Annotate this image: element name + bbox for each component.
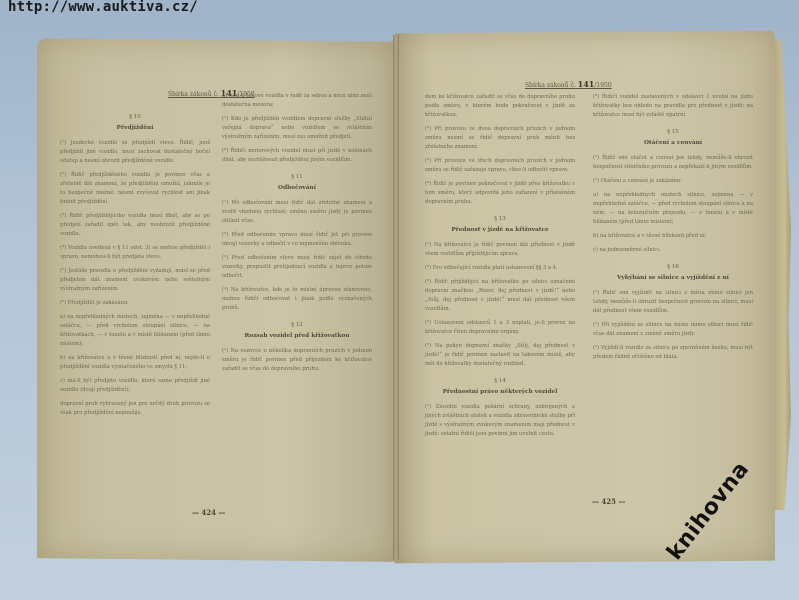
paragraph: (⁵) Jestliže pravidla o předjíždění vyža… — [60, 267, 210, 294]
paragraph: (¹) Řidič smí otáčet a couvat jen tehdy,… — [593, 154, 753, 172]
paragraph: (⁸) Řidiči motorových vozidel musí při j… — [222, 147, 372, 165]
paragraph: (¹) Řidič smí vyjíždět na silnici z míst… — [593, 289, 753, 316]
paragraph: a) na nepřehledných místech, zejména — v… — [60, 313, 210, 349]
section-number: § 12 — [222, 321, 372, 330]
paragraph: (¹) Při odbočování musí řidič dát zřetel… — [222, 199, 372, 226]
paragraph: (²) Řidič předjížděného vozidla je povin… — [60, 171, 210, 207]
paragraph: (¹) Závodní vozidla požární ochrany, ozb… — [425, 403, 575, 439]
section-title: Vyhýbání se silnice a vyjíždění z ní — [593, 274, 753, 283]
paragraph: (³) Při provozu ve třech dopravních pruz… — [425, 157, 575, 175]
paragraph: b) na křižovatce a v těsné blízkosti pře… — [60, 354, 210, 372]
right-page-number: — 425 — — [592, 497, 626, 506]
paragraph-list: (¹) Jezdecké vozidlo se předjíždí vlevo.… — [60, 139, 210, 418]
watermark-url: http://www.auktiva.cz/ — [8, 0, 198, 15]
left-page-column-2: a) jsou-li takové vozidla v řadě za sebo… — [222, 92, 372, 379]
paragraph: (⁴) Řidič je povinen pokračovat v jízdě … — [425, 180, 575, 207]
paragraph: (⁴) Ustanovení odstavců 1 a 3 neplatí, j… — [425, 319, 575, 337]
paragraph-list: (¹) Na křižovatce je řidič povinen dát p… — [425, 241, 575, 369]
left-page-number: — 424 — — [192, 508, 226, 517]
paragraph: (²) Při vyjíždění ze silnice na místo mi… — [593, 321, 753, 339]
header-year: /1950 — [594, 82, 611, 89]
paragraph: (⁴) Vozidla uvedená v § 11 odst. 3) se m… — [60, 244, 210, 262]
paragraph: (¹) Jezdecké vozidlo se předjíždí vlevo.… — [60, 139, 210, 166]
paragraph-list: a) jsou-li takové vozidla v řadě za sebo… — [222, 92, 372, 165]
paragraph-list: (¹) Závodní vozidla požární ochrany, ozb… — [425, 403, 575, 439]
paragraph-list: (¹) Řidič smí otáčet a couvat jen tehdy,… — [593, 154, 753, 255]
section-number: § 13 — [425, 215, 575, 224]
header-prefix: Sbírka zákonů č. — [168, 91, 219, 98]
page-edge-stack — [775, 40, 791, 510]
paragraph: c) má-li být předjeto vozidlo, které sam… — [60, 377, 210, 395]
paragraph-list: (⁵) Řidiči vozidel zastavených v odstavc… — [593, 93, 753, 120]
section-title: Odbočování — [222, 184, 372, 193]
right-page-column-2: (⁵) Řidiči vozidel zastavených v odstavc… — [593, 93, 753, 367]
section-number: § 10 — [60, 113, 210, 122]
paragraph: a) jsou-li takové vozidla v řadě za sebo… — [222, 92, 372, 110]
section-title: Přednostní právo některých vozidel — [425, 388, 575, 397]
section-title: Otáčení a couvání — [593, 139, 753, 148]
paragraph: (²) Při provozu ve dvou dopravních pruzí… — [425, 125, 575, 152]
paragraph: (¹) Na vozovce o několika dopravních pru… — [222, 347, 372, 374]
left-page-column-1: § 10 Předjíždění (¹) Jezdecké vozidlo se… — [60, 105, 210, 423]
paragraph: (⁵) Řidiči vozidel zastavených v odstavc… — [593, 93, 753, 120]
header-number: 141 — [578, 79, 595, 89]
section-title: Rozsah vozidel před křižovatkou — [222, 332, 372, 341]
paragraph: (⁶) Předjíždět je zakázáno: — [60, 299, 210, 308]
paragraph: (²) Otáčení a couvání je zakázáno: — [593, 177, 753, 186]
section-title: Přednost v jízdě na křižovatce — [425, 226, 575, 235]
right-page-column-1: dem ke křižovatce zařadit se včas do dop… — [425, 93, 575, 444]
paragraph-list: (¹) Řidič smí vyjíždět na silnici z míst… — [593, 289, 753, 362]
paragraph: (⁷) Kdo je předjížděn vozidlem dopravní … — [222, 115, 372, 142]
paragraph-list: (¹) Na vozovce o několika dopravních pru… — [222, 347, 372, 374]
book-spine — [393, 35, 399, 560]
paragraph: b) na křižovatce a v těsné blízkosti pře… — [593, 232, 753, 241]
paragraph: (¹) Na křižovatce je řidič povinen dát p… — [425, 241, 575, 259]
paragraph: a) na nepřehledných místech silnice, zej… — [593, 191, 753, 227]
paragraph: (²) Pro odbočující vozidla platí ustanov… — [425, 264, 575, 273]
section-number: § 14 — [425, 377, 575, 386]
paragraph: (⁵) Na pokyn dopravní značky „Stůj, dej … — [425, 342, 575, 369]
paragraph: c) na jednosměrné silnici. — [593, 246, 753, 255]
paragraph: (²) Před odbočením vpravo musí řidič jet… — [222, 231, 372, 249]
section-number: § 16 — [593, 263, 753, 272]
paragraph: dem ke křižovatce zařadit se včas do dop… — [425, 93, 575, 120]
paragraph-list: dem ke křižovatce zařadit se včas do dop… — [425, 93, 575, 207]
header-prefix: Sbírka zákonů č. — [525, 82, 576, 89]
paragraph: dopravní pruh vyhrazený jen pro určitý d… — [60, 400, 210, 418]
paragraph: (³) Řidič přijíždějící na křižovatku po … — [425, 278, 575, 314]
section-number: § 11 — [222, 173, 372, 182]
section-title: Předjíždění — [60, 124, 210, 133]
paragraph: (³) Před odbočením vlevo musí řidič zaje… — [222, 254, 372, 281]
section-number: § 15 — [593, 128, 753, 137]
paragraph-list: (¹) Při odbočování musí řidič dát zřetel… — [222, 199, 372, 313]
paragraph: (⁴) Na křižovatce, kde je to místní úpra… — [222, 286, 372, 313]
right-running-header: Sbírka zákonů č. 141/1950 — [525, 79, 612, 89]
paragraph: (³) Vyjíždí-li vozidlo ze silnice po zpe… — [593, 344, 753, 362]
paragraph: (³) Řidič předjíždějícího vozidla musí d… — [60, 212, 210, 239]
